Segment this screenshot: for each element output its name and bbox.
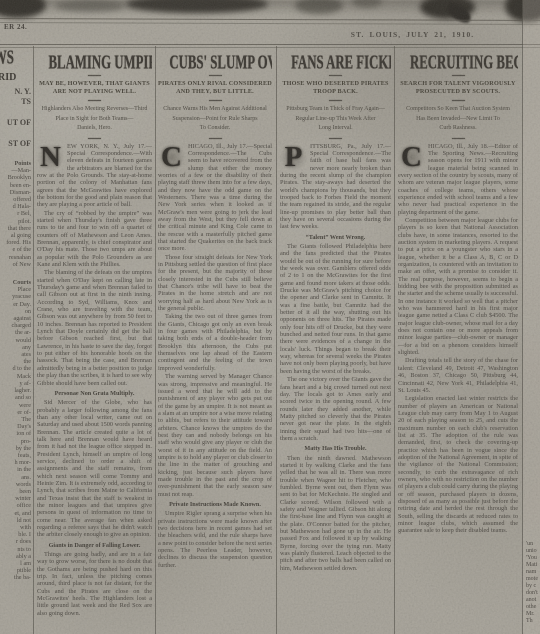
- deck-line: Suspension—Point for Rule Sharps: [172, 116, 257, 122]
- strip-line: on: [0, 308, 31, 315]
- strip-line: office: [0, 502, 31, 509]
- strip-line: l am: [0, 560, 31, 567]
- article-deck: Competitors So Keen That Auction SystemH…: [398, 105, 518, 134]
- deck-line: Competitors So Keen That Auction System: [406, 106, 510, 112]
- strip-line: ion of: [0, 430, 31, 437]
- deck-line: Daniels, Hero.: [77, 125, 112, 131]
- strip-line: Place: [0, 286, 31, 293]
- divider-dash: [329, 100, 342, 101]
- divider-dash: [452, 100, 465, 101]
- page-edge-fragment: ER 24.: [4, 23, 27, 31]
- article-headline: RECRUITING BEGINS: [410, 52, 506, 75]
- strip-line: Th: [526, 618, 540, 625]
- subhead-line: ARE NOT PLAYING WELL.: [53, 88, 136, 95]
- subhead-line: AND THEY, BUT LITTLE.: [176, 88, 254, 95]
- drop-cap: C: [398, 144, 425, 171]
- divider-dash: [88, 138, 101, 139]
- article-body: CHICAGO, Ill., July 17.—Special Correspo…: [158, 143, 272, 570]
- column-rule: [33, 46, 34, 634]
- drop-cap: N: [37, 144, 64, 171]
- strip-line: r does: [0, 538, 31, 545]
- body-subhead: Matty Has His Trouble.: [280, 445, 391, 452]
- strip-line: 'You: [526, 555, 540, 562]
- body-paragraph: NEW YORK, N. Y., July 17.—Special Corres…: [37, 143, 152, 209]
- deck-line: Regular Line-up This Week After: [295, 116, 375, 122]
- scan-smudge-band: [0, 0, 540, 16]
- strip-line: er Day.: [0, 301, 31, 308]
- strip-line: Points: [0, 160, 31, 167]
- drop-cap: P: [280, 144, 307, 171]
- subhead-line: TROOP BACK.: [313, 88, 358, 95]
- strip-line: any: [0, 344, 31, 351]
- left-cut-column: WSRIDN. Y.TSUT OFST OFPoints—Man-Brookly…: [0, 48, 31, 634]
- top-rule-secondary: [0, 22, 540, 25]
- divider-dash: [209, 100, 222, 101]
- divider-dash: [452, 138, 465, 139]
- strip-line: the: [0, 358, 31, 365]
- strip-line: that there: [0, 225, 31, 232]
- strip-line: UT OF: [0, 118, 31, 128]
- body-paragraph: Taking the two out of three games from t…: [158, 313, 272, 372]
- strip-line: winter: [0, 495, 31, 502]
- strip-line: N. Y.: [0, 87, 31, 97]
- strip-line: [0, 149, 31, 160]
- top-rule: [0, 18, 540, 21]
- article-subhead: THOSE WHO DESERTED PIRATESTROOP BACK.: [280, 80, 391, 96]
- strip-line: othe: [526, 604, 540, 611]
- strip-line: resnahan: [0, 254, 31, 261]
- subhead-line: THOSE WHO DESERTED PIRATES: [282, 80, 388, 87]
- strip-line: r Bel,: [0, 210, 31, 217]
- article-body: CHICAGO, Ill., July 18.—Editor of The Sp…: [398, 143, 518, 535]
- strip-line: RID: [0, 72, 31, 83]
- body-paragraph: CHICAGO, Ill., July 18.—Editor of The Sp…: [398, 143, 518, 216]
- body-paragraph: CHICAGO, Ill., July 17.—Special Correspo…: [158, 143, 272, 253]
- article-headline: CUBS' SLUMP OVER: [169, 52, 260, 75]
- article-subhead: PIRATES ONLY RIVAL CONSIDEREDAND THEY, B…: [158, 80, 272, 96]
- article-deck: Chance Warns His Men Against AdditionalS…: [158, 105, 272, 134]
- strip-line: Courts: [0, 279, 31, 286]
- body-paragraph: Then the ninth dawned. Mathewson started…: [280, 455, 391, 573]
- strip-line: and so: [0, 394, 31, 401]
- subhead-line: PIRATES ONLY RIVAL CONSIDERED: [158, 80, 272, 87]
- body-paragraph: Sid Mercer of the Globe, who has probabl…: [37, 399, 152, 539]
- divider-dash: [88, 75, 101, 76]
- strip-line: ld not: [0, 517, 31, 524]
- dateline: ST. LOUIS, JULY 21, 1910.: [300, 30, 525, 39]
- strip-line: WS: [0, 48, 25, 70]
- strip-line: feats,: [0, 452, 31, 459]
- strip-line: Brooklyn: [0, 174, 31, 181]
- article-headline: FANS ARE FICKLE: [291, 52, 380, 75]
- strip-line: ST OF: [0, 139, 31, 149]
- article-column-recruiting-begins: RECRUITING BEGINS SEARCH FOR TALENT VIGO…: [398, 48, 518, 634]
- strip-line: er of-: [0, 409, 31, 416]
- body-subhead: “Talent” Went Wrong.: [280, 234, 391, 241]
- strip-line: been: [0, 488, 31, 495]
- strip-line: unio: [526, 548, 540, 555]
- subhead-line: PROSECUTED BY SCOUTS.: [416, 88, 500, 95]
- column-rule: [394, 46, 395, 634]
- deck-line: To Consider.: [200, 125, 231, 131]
- header-rule: [0, 44, 540, 45]
- body-subhead: Giants in Danger of Falling Lower.: [37, 542, 152, 549]
- deck-line: Chance Warns His Men Against Additional: [163, 106, 267, 112]
- divider-dash: [209, 75, 222, 76]
- subhead-line: MAY BE, HOWEVER, THAT GIANTS: [39, 80, 150, 87]
- strip-line: Day's: [0, 423, 31, 430]
- deck-line: Highlanders Also Meeting Reverses—Third: [42, 106, 148, 112]
- strip-line: pilot.: [0, 218, 31, 225]
- strip-line: 'un: [526, 541, 540, 548]
- strip-line: don't: [526, 590, 540, 597]
- strip-line: et, and: [0, 510, 31, 517]
- strip-line: ates: [0, 351, 31, 358]
- article-column-cubs-slump: CUBS' SLUMP OVER PIRATES ONLY RIVAL CONS…: [158, 48, 272, 634]
- article-subhead: SEARCH FOR TALENT VIGOROUSLYPROSECUTED B…: [398, 80, 518, 96]
- strip-line: of New: [0, 261, 31, 268]
- divider-dash: [329, 138, 342, 139]
- body-paragraph: The cry of “robbed by the umpire” was st…: [37, 210, 152, 269]
- column-rule: [155, 46, 156, 634]
- article-subhead: MAY BE, HOWEVER, THAT GIANTSARE NOT PLAY…: [37, 80, 152, 96]
- strip-line: e of the: [0, 246, 31, 253]
- divider-dash: [209, 138, 222, 139]
- body-paragraph: Legislation enacted last winter restrict…: [398, 395, 518, 535]
- article-body: PITTSBURG, Pa., July 17.—Special Corresp…: [280, 143, 391, 573]
- strip-line: [0, 107, 31, 118]
- strip-line: against: [0, 315, 31, 322]
- strip-line: the ar-: [0, 329, 31, 336]
- strip-line: nam: [526, 569, 540, 576]
- article-deck: Pittsburg Team in Thick of Fray Again—Re…: [280, 105, 391, 134]
- strip-line: would: [0, 337, 31, 344]
- strip-line: been en-: [0, 182, 31, 189]
- right-cut-column: 'ununio'YouMatinammoteby cdon'tanototheM…: [526, 541, 540, 625]
- body-paragraph: Those four straight defeats for New York…: [158, 254, 272, 313]
- drop-cap: C: [158, 144, 185, 171]
- strip-line: d to the: [0, 365, 31, 372]
- strip-line: TS: [0, 97, 31, 107]
- divider-dash: [88, 100, 101, 101]
- strip-line: ably a: [0, 553, 31, 560]
- strip-line: Mr.: [526, 611, 540, 618]
- strip-line: mote: [526, 576, 540, 583]
- deck-line: Curb Rashness.: [439, 125, 476, 131]
- deck-line: Has Been Invaded—New Limit To: [416, 116, 500, 122]
- body-paragraph: Competition between major league clubs f…: [398, 217, 518, 357]
- strip-line: offered: [0, 196, 31, 203]
- body-paragraph: Drafting totals tell the story of the ch…: [398, 357, 518, 394]
- strip-line: words: [0, 481, 31, 488]
- strip-line: [0, 128, 31, 139]
- body-paragraph: The one victory over the Giants gave the…: [280, 376, 391, 442]
- strip-line: —Man-: [0, 167, 31, 174]
- strip-line: with: [0, 524, 31, 531]
- body-paragraph: The Giants followed Philadelphia here an…: [280, 243, 391, 375]
- strip-line: Mati: [526, 562, 540, 569]
- strip-line: d Hala-: [0, 203, 31, 210]
- body-paragraph: Things are going badly, and are in a fai…: [37, 551, 152, 617]
- strip-line: Mack: [0, 373, 31, 380]
- strip-line: by the: [0, 445, 31, 452]
- body-subhead: Personae Non Grata Multiply.: [37, 390, 152, 397]
- strip-line: h mor-: [0, 459, 31, 466]
- strip-line: pro-: [0, 438, 31, 445]
- strip-line: al going: [0, 232, 31, 239]
- article-column-blaming-umpires: BLAMING UMPIRES MAY BE, HOWEVER, THAT GI…: [37, 48, 152, 634]
- strip-line: ans.: [0, 474, 31, 481]
- subhead-line: SEARCH FOR TALENT VIGOROUSLY: [400, 80, 515, 87]
- deck-line: Place in Sight for Both Teams—: [56, 116, 134, 122]
- deck-line: Pittsburg Team in Thick of Fray Again—: [286, 106, 385, 112]
- right-page-margin: [523, 0, 540, 634]
- strip-line: fored. His: [0, 239, 31, 246]
- body-paragraph: The warning served by Manager Chance was…: [158, 373, 272, 498]
- strip-line: ptible: [0, 567, 31, 574]
- strip-line: nts to: [0, 546, 31, 553]
- strip-line: y af-: [0, 380, 31, 387]
- strip-line: were: [0, 402, 31, 409]
- divider-dash: [329, 75, 342, 76]
- strip-line: [0, 268, 31, 279]
- article-headline: BLAMING UMPIRES: [49, 52, 141, 75]
- strip-line: the ba-: [0, 574, 31, 581]
- article-body: NEW YORK, N. Y., July 17.—Special Corres…: [37, 143, 152, 618]
- body-paragraph: Umpire Rigler sprang a surprise when his…: [158, 510, 272, 569]
- divider-dash: [452, 75, 465, 76]
- strip-line: by c: [526, 583, 540, 590]
- strip-line: charged: [0, 322, 31, 329]
- article-column-fans-fickle: FANS ARE FICKLE THOSE WHO DESERTED PIRAT…: [280, 48, 391, 634]
- strip-line: ble. I: [0, 531, 31, 538]
- column-rule: [276, 46, 277, 634]
- strip-line: The: [0, 416, 31, 423]
- strip-line: Disman-: [0, 189, 31, 196]
- strip-line: lagher.: [0, 387, 31, 394]
- body-subhead: Private Instructions Made Known.: [158, 501, 272, 508]
- body-paragraph: The blaming of the defeats on the umpire…: [37, 269, 152, 387]
- newspaper-page: ER 24. ST. LOUIS, JULY 21, 1910. WSRIDN.…: [0, 0, 540, 634]
- strip-line: in the: [0, 466, 31, 473]
- body-paragraph: PITTSBURG, Pa., July 17.—Special Corresp…: [280, 143, 391, 231]
- deck-line: Long Interval.: [318, 125, 352, 131]
- strip-line: anot: [526, 597, 540, 604]
- article-deck: Highlanders Also Meeting Reverses—ThirdP…: [37, 105, 152, 134]
- strip-line: yracuse: [0, 293, 31, 300]
